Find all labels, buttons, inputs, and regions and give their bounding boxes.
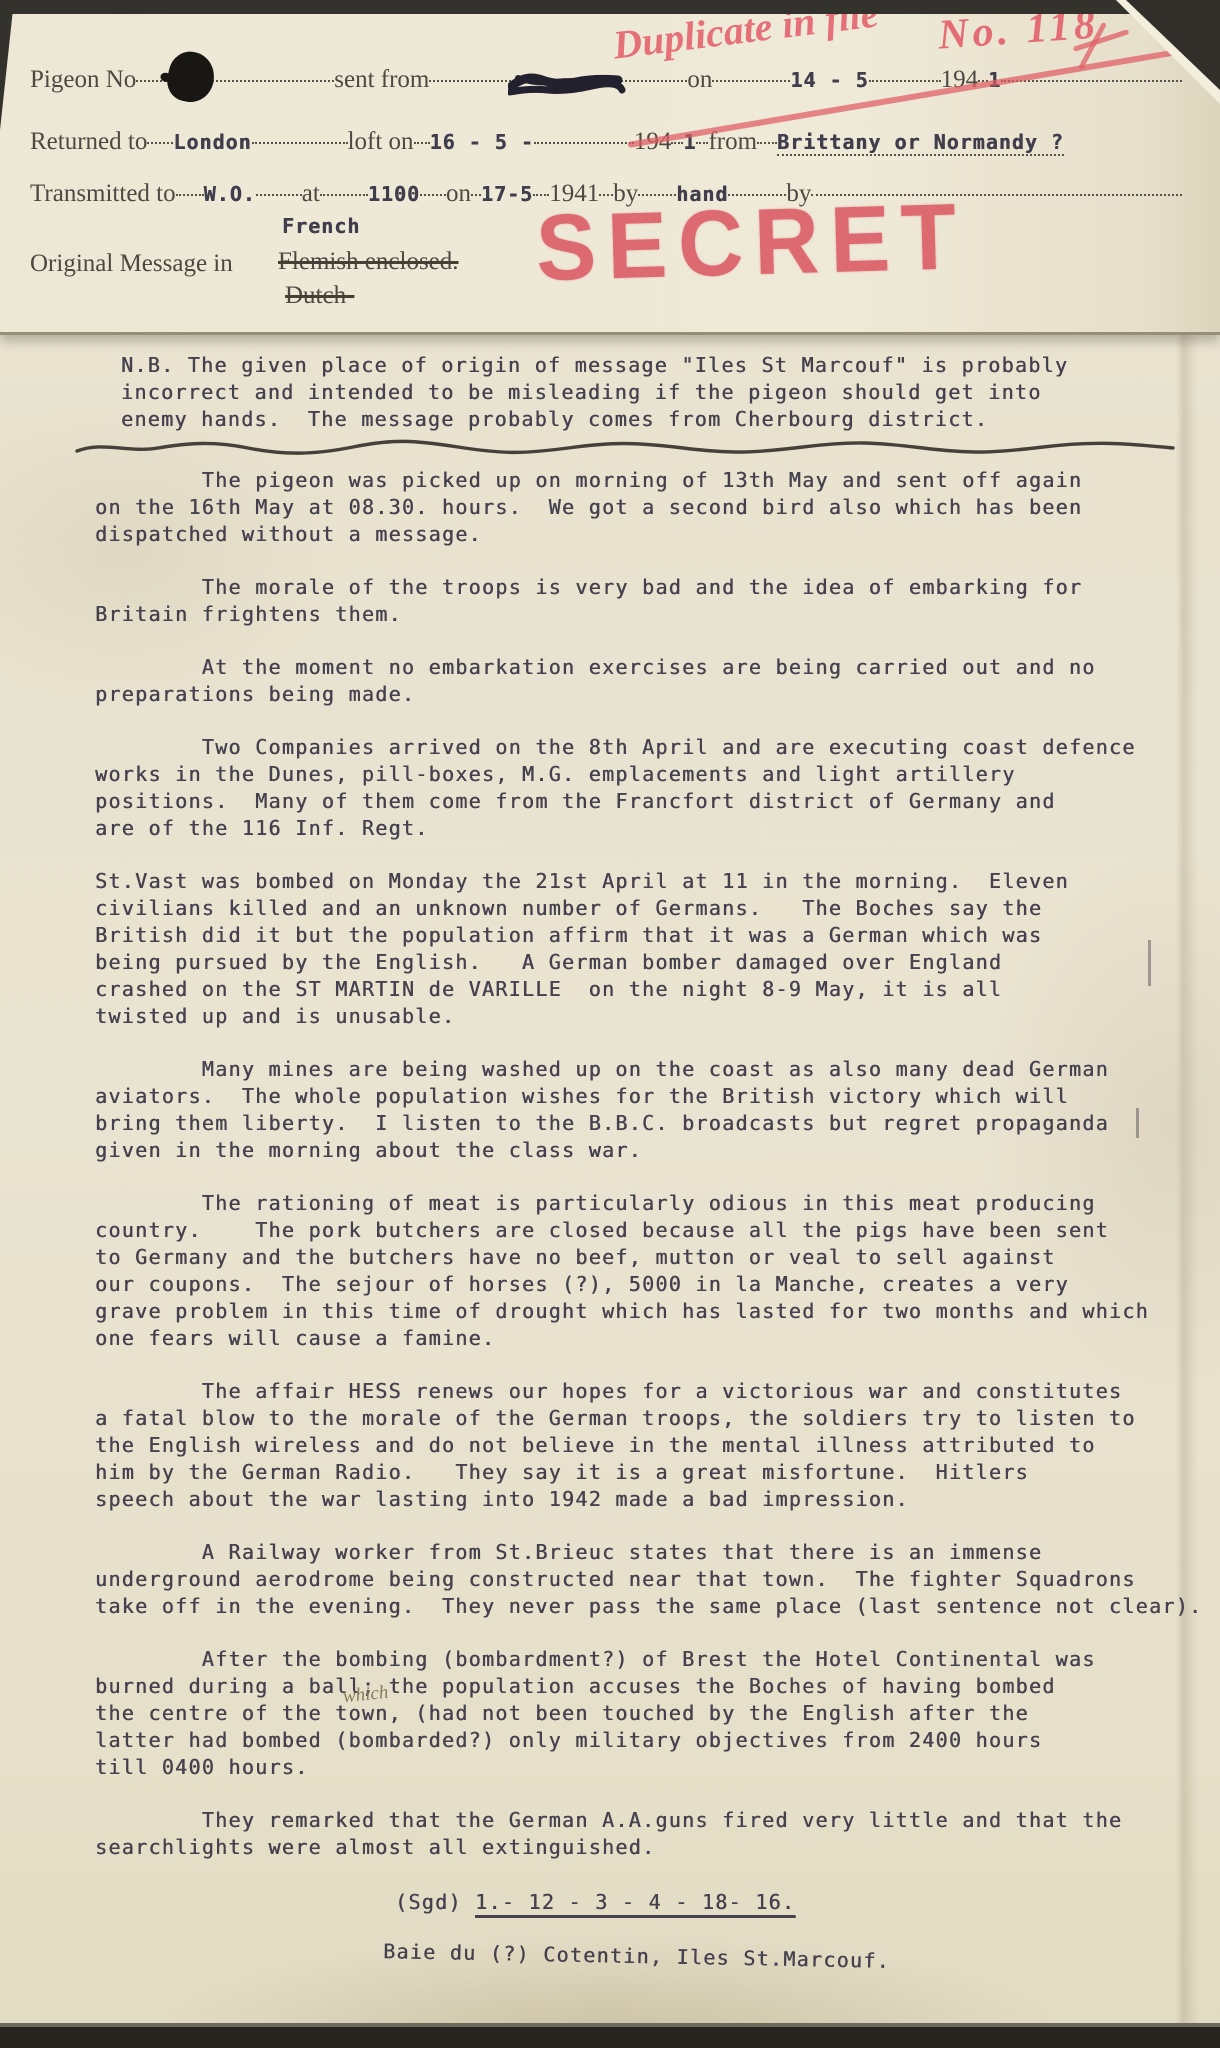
wavy-divider [73, 439, 1178, 457]
scan-edge-bottom [0, 2023, 1220, 2048]
typed-paragraph: Many mines are being washed up on the co… [95, 1056, 1205, 1164]
dotted-leader [757, 142, 777, 144]
typed-paragraph: At the moment no embarkation exercises a… [95, 654, 1205, 708]
language-dutch-struck: Dutch- [285, 282, 354, 310]
signature-code: 1.- 12 - 3 - 4 - 18- 16. [475, 1890, 795, 1914]
typed-paragraph: The rationing of meat is particularly od… [95, 1190, 1205, 1352]
time-value: 1100 [368, 182, 420, 206]
language-french-typed: French [282, 214, 360, 238]
dotted-leader [147, 142, 173, 144]
on-label: on [446, 180, 471, 208]
pencil-insert-which: which [342, 1682, 389, 1709]
origin-region-value: Brittany or Normandy ? [777, 130, 1064, 156]
sent-date-value: 14 - 5 [790, 68, 868, 92]
transmitted-to-label: Transmitted to [30, 180, 176, 208]
on-label: on [687, 66, 712, 94]
at-label: at [302, 180, 320, 208]
dotted-leader [471, 194, 481, 196]
secret-stamp: SECRET [535, 184, 969, 303]
dotted-leader [252, 142, 348, 144]
typed-paragraph: The pigeon was picked up on morning of 1… [95, 467, 1205, 548]
dotted-leader [869, 80, 941, 82]
typed-paragraph: Two Companies arrived on the 8th April a… [95, 734, 1205, 842]
dotted-leader [420, 194, 446, 196]
form-row-returned: Returned to London loft on 16 - 5 - 194 … [30, 128, 1182, 156]
transmit-date-value: 17-5 [481, 182, 533, 206]
dotted-leader [256, 194, 302, 196]
dotted-leader [176, 194, 204, 196]
scan-edge-top [0, 0, 1220, 14]
typed-paragraph: They remarked that the German A.A.guns f… [95, 1807, 1205, 1861]
dotted-leader [696, 142, 708, 144]
loft-on-label: loft on [348, 128, 414, 156]
language-flemish-struck: Flemish enclosed. [278, 248, 459, 276]
loft-date-value: 16 - 5 - [430, 130, 534, 154]
document-scan: Pigeon No sent from on 14 - 5 194 1 Retu… [0, 0, 1220, 2048]
pencil-tick [1136, 1108, 1139, 1138]
typed-paragraph: The morale of the troops is very bad and… [95, 574, 1205, 628]
typed-paragraph: A Railway worker from St.Brieuc states t… [95, 1539, 1205, 1620]
returned-city-value: London [173, 130, 251, 154]
ink-blot [163, 48, 218, 106]
transmitted-to-value: W.O. [204, 182, 256, 206]
dotted-leader [534, 142, 634, 144]
dotted-leader [712, 80, 790, 82]
routing-slip: Pigeon No sent from on 14 - 5 194 1 Retu… [0, 14, 1220, 335]
nb-note-paragraph: N.B. The given place of origin of messag… [121, 352, 1205, 433]
typed-paragraph: After the bombing (bombardment?) of Bres… [95, 1646, 1205, 1781]
signature-prefix: (Sgd) [395, 1890, 475, 1914]
message-body: N.B. The given place of origin of messag… [95, 352, 1205, 1973]
original-message-label: Original Message in [30, 250, 233, 278]
typed-paragraph: The affair HESS renews our hopes for a v… [95, 1378, 1205, 1513]
pencil-tick [1148, 940, 1151, 986]
sent-from-label: sent from [334, 66, 429, 94]
typed-paragraph: St.Vast was bombed on Monday the 21st Ap… [95, 868, 1205, 1030]
censored-scribble [508, 64, 626, 102]
dotted-leader [671, 142, 683, 144]
returned-to-label: Returned to [30, 128, 147, 156]
dotted-leader [320, 194, 368, 196]
signature-line: (Sgd) 1.- 12 - 3 - 4 - 18- 16. [395, 1889, 1205, 1916]
pigeon-no-label: Pigeon No [30, 66, 136, 94]
dotted-leader [414, 142, 430, 144]
